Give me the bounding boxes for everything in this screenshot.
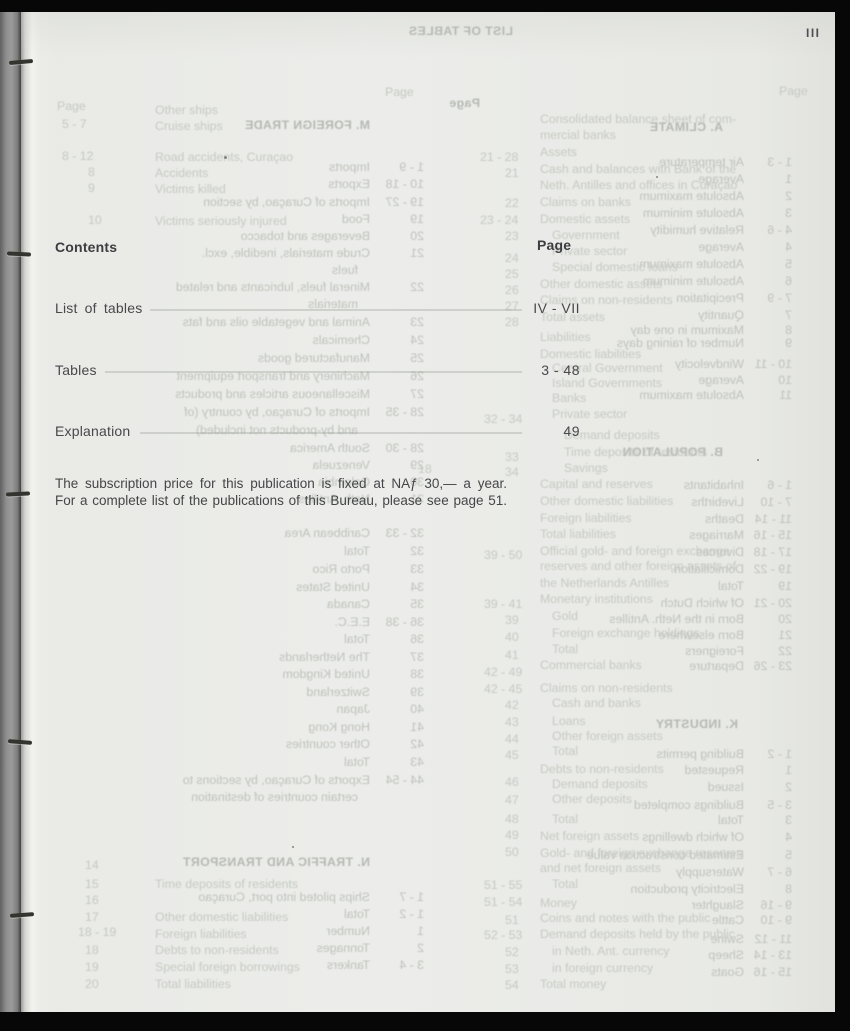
dust-speck	[292, 846, 294, 848]
subscription-note-line2: For a complete list of the publications …	[55, 493, 507, 510]
subscription-note-line1: The subscription price for this publicat…	[55, 476, 507, 493]
contents-heading: Contents	[55, 239, 117, 255]
subscription-note: The subscription price for this publicat…	[55, 476, 507, 509]
dust-speck	[224, 156, 227, 159]
folio-page-number: III	[806, 26, 821, 40]
toc-entry-pages: IV - VII	[500, 300, 580, 316]
toc-entry-label: List of tables	[55, 300, 142, 316]
dust-speck	[757, 459, 759, 461]
leader-line	[150, 309, 522, 311]
toc-entry-label: Explanation	[55, 423, 130, 439]
page-column-heading: Page	[537, 237, 571, 253]
toc-entry-label: Tables	[55, 362, 97, 378]
toc-entry-pages: 3 - 48	[500, 362, 580, 378]
leader-line	[140, 432, 522, 434]
dust-speck	[656, 176, 658, 178]
book-spine	[0, 12, 21, 1012]
paper-page	[21, 12, 835, 1012]
leader-line	[105, 371, 522, 373]
scanned-contents-page: { "meta": { "page_number": "III" }, "mai…	[0, 0, 850, 1031]
toc-entry-pages: 49	[500, 423, 580, 439]
